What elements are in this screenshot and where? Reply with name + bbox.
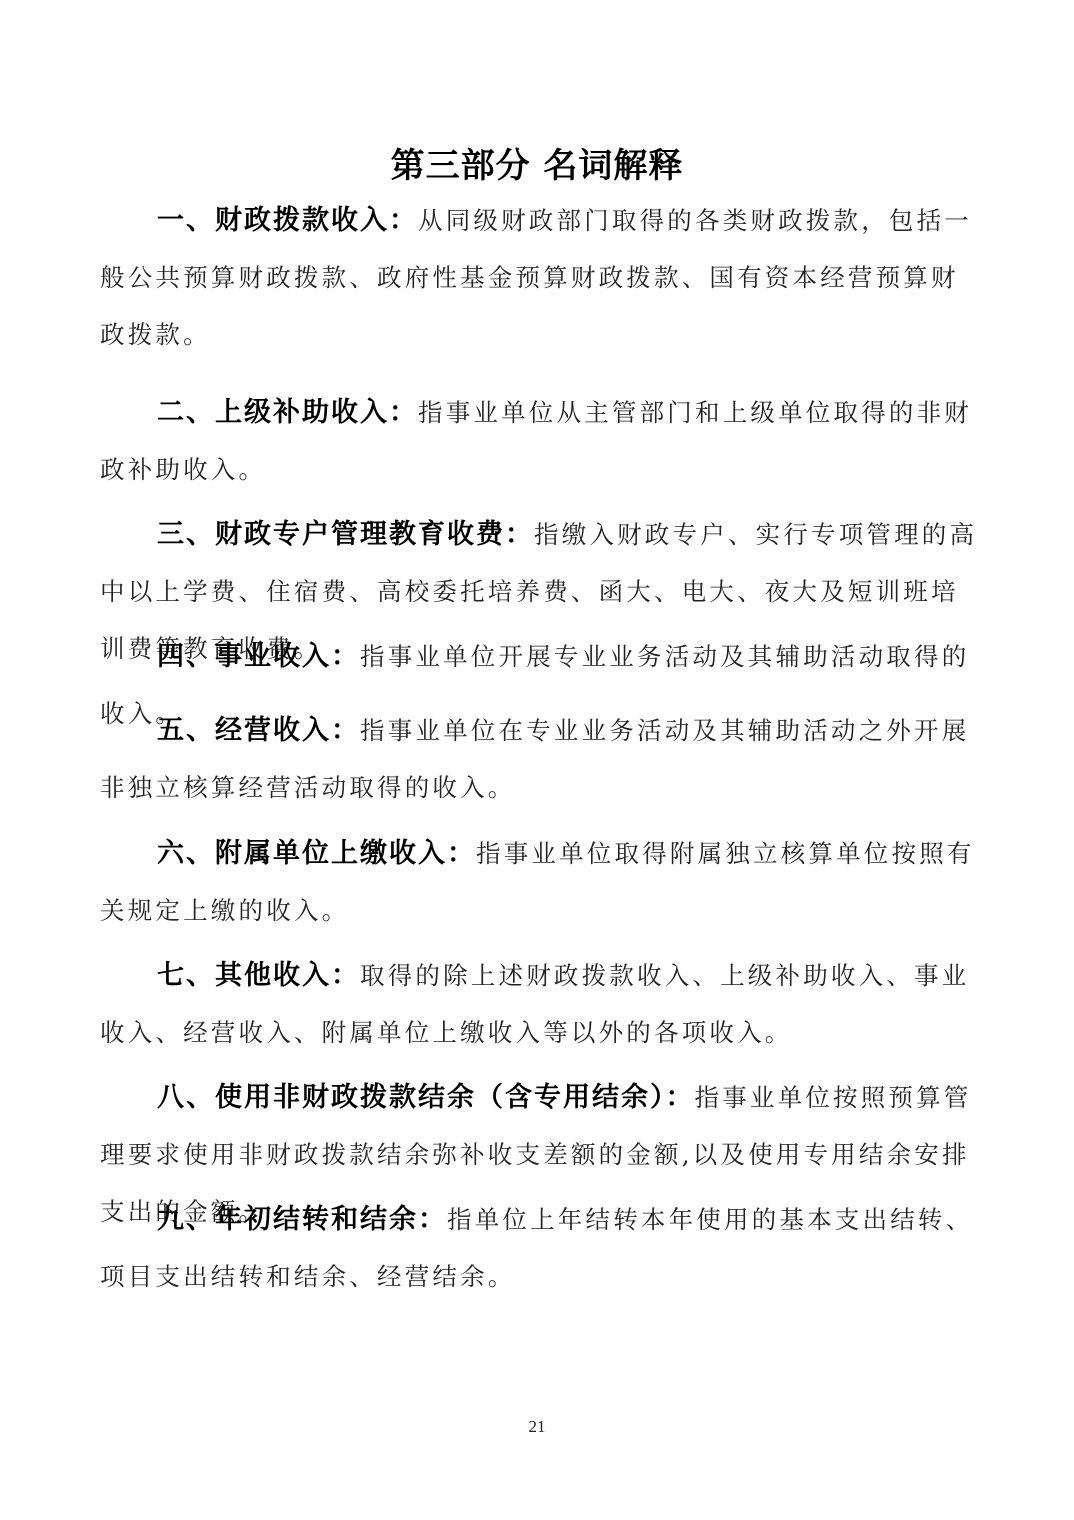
definition-entry: 七、其他收入：取得的除上述财政拨款收入、上级补助收入、事业收入、经营收入、附属单… [100, 947, 980, 1061]
definition-entry: 二、上级补助收入：指事业单位从主管部门和上级单位取得的非财政补助收入。 [100, 384, 980, 498]
term-label: 一、财政拨款收入： [157, 205, 418, 236]
term-label: 三、财政专户管理教育收费： [157, 519, 534, 550]
term-label: 八、使用非财政拨款结余（含专用结余）： [157, 1082, 695, 1113]
definition-entry: 五、经营收入：指事业单位在专业业务活动及其辅助活动之外开展非独立核算经营活动取得… [100, 702, 980, 816]
term-label: 九、年初结转和结余： [157, 1204, 447, 1235]
page-title: 第三部分 名词解释 [0, 138, 1074, 187]
definition-entry: 一、财政拨款收入：从同级财政部门取得的各类财政拨款，包括一般公共预算财政拨款、政… [100, 192, 980, 363]
definition-entry: 六、附属单位上缴收入：指事业单位取得附属独立核算单位按照有关规定上缴的收入。 [100, 825, 980, 939]
term-label: 二、上级补助收入： [157, 397, 418, 428]
definition-entry: 九、年初结转和结余：指单位上年结转本年使用的基本支出结转、项目支出结转和结余、经… [100, 1191, 980, 1305]
term-label: 五、经营收入： [157, 715, 360, 746]
term-label: 六、附属单位上缴收入： [157, 838, 476, 869]
term-label: 四、事业收入： [157, 641, 360, 672]
page-number: 21 [0, 1417, 1074, 1437]
term-label: 七、其他收入： [157, 960, 360, 991]
